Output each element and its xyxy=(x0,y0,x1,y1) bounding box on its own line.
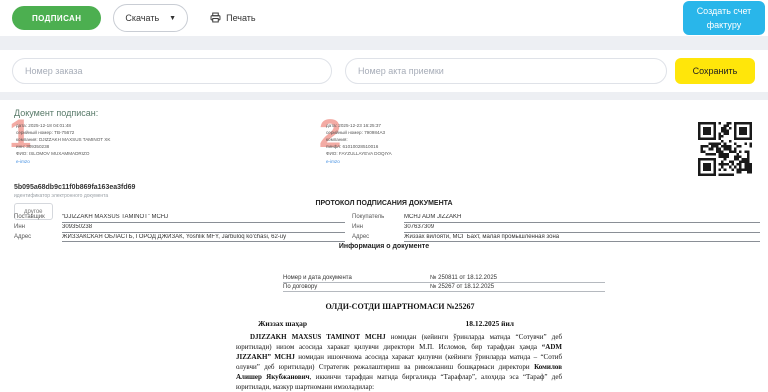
row-label: Покупатель xyxy=(352,214,404,223)
supplier-table: Поставщик “DJIZZAKH MAXSUS TAMINOT” MCHJ… xyxy=(14,214,345,243)
row-value: MCHJ ADM JIZZAKH xyxy=(404,214,760,223)
acceptance-act-number-input[interactable] xyxy=(345,58,667,84)
row-label: Инн xyxy=(352,224,404,233)
document-card: Документ подписан: 1 дата: 2025-12-18 04… xyxy=(0,100,768,392)
stamp-link[interactable]: e-imzo xyxy=(16,158,187,165)
stamp-link[interactable]: e-imzo xyxy=(326,158,497,165)
row-value: ЖИЗЗАКСКАЯ ОБЛАСТЬ, ГОРОД ДЖИЗАК, Yoshli… xyxy=(62,234,345,243)
stamp-line: дата: 2025-12-18 04:01:48 xyxy=(16,122,187,129)
table-row: Покупатель MCHJ ADM JIZZAKH xyxy=(352,214,760,223)
table-row: По договору № 25267 от 18.12.2025 xyxy=(283,283,605,292)
table-row: Поставщик “DJIZZAKH MAXSUS TAMINOT” MCHJ xyxy=(14,214,345,223)
download-dropdown[interactable]: Скачать ▼ xyxy=(113,4,188,32)
stamp-line: инн: 309350238 xyxy=(16,143,187,150)
row-value: Жиззах вилояти, МСГ Бахт, малая промышле… xyxy=(404,234,760,243)
signed-status-button[interactable]: ПОДПИСАН xyxy=(12,6,101,30)
table-row: Инн 307637309 xyxy=(352,224,760,233)
stamp-line: ФИО: ISLOMOV MUXAMMADRIZO xyxy=(16,150,187,157)
order-number-input[interactable] xyxy=(12,58,332,84)
print-button[interactable]: Печать xyxy=(204,11,261,26)
document-hash: 5b095a68db9c11f0b869fa163ea3fd69 xyxy=(14,184,135,191)
contract-date: 18.12.2025 йил xyxy=(466,319,514,328)
qr-code-icon xyxy=(698,122,752,176)
document-info-title: Информация о документе xyxy=(0,243,768,250)
buyer-table: Покупатель MCHJ ADM JIZZAKH Инн 30763730… xyxy=(352,214,760,243)
contract-city: Жиззах шаҳар xyxy=(258,319,307,328)
row-value: “DJIZZAKH MAXSUS TAMINOT” MCHJ xyxy=(62,214,345,223)
row-value: 309350238 xyxy=(62,224,345,233)
chevron-down-icon: ▼ xyxy=(169,15,176,22)
stamp-line: компания: DJIZZAKH MAXSUS TAMINOT XK xyxy=(16,136,187,143)
table-row: Адрес ЖИЗЗАКСКАЯ ОБЛАСТЬ, ГОРОД ДЖИЗАК, … xyxy=(14,234,345,243)
signature-stamp-1: 1 дата: 2025-12-18 04:01:48 серийный ном… xyxy=(12,117,187,165)
document-hash-caption: идентификатор электронного документа xyxy=(14,193,108,199)
document-meta-formbar: Сохранить xyxy=(0,50,768,92)
print-button-label: Печать xyxy=(226,13,255,23)
stamp-line: пинфл: 61010028510016 xyxy=(326,143,497,150)
row-label: Номер и дата документа xyxy=(283,274,430,283)
row-label: Поставщик xyxy=(14,214,62,223)
stamp-line: ФИО: FAYZULLAYEVA DOQIYA xyxy=(326,150,497,157)
row-label: Адрес xyxy=(14,234,62,243)
row-label: Инн xyxy=(14,224,62,233)
stamp-line: компания: xyxy=(326,136,497,143)
table-row: Инн 309350238 xyxy=(14,224,345,233)
row-label: По договору xyxy=(283,283,430,292)
stamp-line: серийный номер: TB-75672 xyxy=(16,129,187,136)
create-invoice-button[interactable]: Создать счет фактуру xyxy=(683,1,765,35)
stamp-line: серийный номер: 790984A3 xyxy=(326,129,497,136)
row-value: № 25267 от 18.12.2025 xyxy=(430,283,605,292)
contract-city-date-row: Жиззах шаҳар 18.12.2025 йил xyxy=(258,319,514,328)
document-info-table: Номер и дата документа № 250811 от 18.12… xyxy=(283,274,605,292)
table-row: Номер и дата документа № 250811 от 18.12… xyxy=(283,274,605,283)
protocol-title: ПРОТОКОЛ ПОДПИСАНИЯ ДОКУМЕНТА xyxy=(0,200,768,207)
stamp-line: дата: 2025-12-23 16:25:37 xyxy=(326,122,497,129)
save-button[interactable]: Сохранить xyxy=(675,58,755,84)
top-toolbar: ПОДПИСАН Скачать ▼ Печать Создать счет ф… xyxy=(0,0,768,36)
download-dropdown-label: Скачать xyxy=(125,13,159,23)
row-value: 307637309 xyxy=(404,224,760,233)
contract-title: ОЛДИ-СОТДИ ШАРТНОМАСИ №25267 xyxy=(235,302,565,311)
signature-stamp-2: 2 дата: 2025-12-23 16:25:37 серийный ном… xyxy=(322,117,497,165)
row-value: № 250811 от 18.12.2025 xyxy=(430,274,605,283)
table-row: Адрес Жиззах вилояти, МСГ Бахт, малая пр… xyxy=(352,234,760,243)
contract-paragraph: DJIZZAKH MAXSUS TAMINOT MCHJ номидан (ке… xyxy=(236,332,562,392)
printer-icon xyxy=(210,12,221,25)
row-label: Адрес xyxy=(352,234,404,243)
